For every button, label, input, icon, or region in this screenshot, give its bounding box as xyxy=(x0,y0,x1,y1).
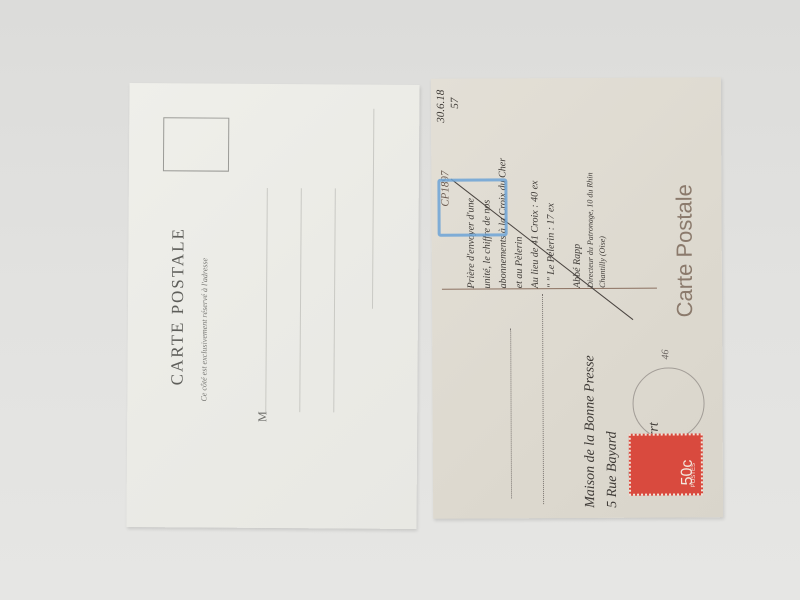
address-prefix: M xyxy=(255,411,270,422)
address-line xyxy=(372,109,374,309)
card-subtitle: Ce côté est exclusivement réservé à l'ad… xyxy=(199,258,209,402)
card-title: CARTE POSTALE xyxy=(167,227,188,385)
message-line: et au Pèlerin xyxy=(514,237,525,289)
stamp-label: POSTES xyxy=(691,463,697,487)
address-line xyxy=(265,188,268,412)
postage-stamp: 50c POSTES xyxy=(629,433,703,495)
address-dotted-line xyxy=(542,294,544,504)
address-line xyxy=(333,188,336,412)
address-dotted-line xyxy=(510,328,512,498)
address-line xyxy=(299,188,302,412)
stamp-placeholder-box xyxy=(163,117,229,171)
address-line-2: 5 Rue Bayard xyxy=(605,431,621,508)
printed-title: Carte Postale xyxy=(671,184,698,317)
ref-top: 57 xyxy=(449,98,461,109)
stamp-number: 46 xyxy=(660,350,671,360)
written-postcard: Carte Postale 30.6.18 57 CP1897 Prière d… xyxy=(431,77,723,519)
message-line: " " Le Pèlerin : 17 ex xyxy=(546,203,557,288)
sender-line: Directeur du Patronage, 10 du Rhin xyxy=(585,173,595,288)
blank-postcard: CARTE POSTALE Ce côté est exclusivement … xyxy=(126,83,419,529)
address-line-1: Maison de la Bonne Presse xyxy=(582,355,599,508)
postmark xyxy=(632,367,704,439)
message-line: Au lieu de 41 Croix : 40 ex xyxy=(529,181,541,289)
blue-pencil-box xyxy=(437,178,507,236)
date-text: 30.6.18 xyxy=(435,90,447,123)
sender-line: Chantilly (Oise) xyxy=(598,236,607,288)
signature: Abbé Rapp xyxy=(572,244,583,288)
